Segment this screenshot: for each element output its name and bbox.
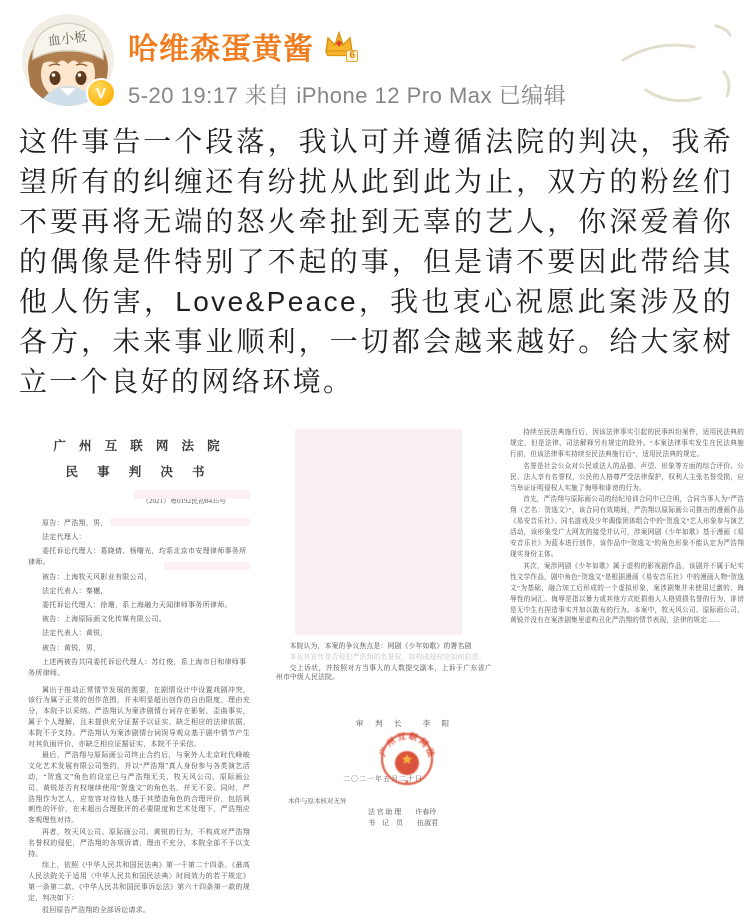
post-meta-text: 5-20 19:17 来自 iPhone 12 Pro Max 已编辑 xyxy=(128,83,566,108)
party-section: 原告：严浩翔，男，法定代理人：委托诉讼代理人：葛晓倩、杨曙光，均系北京市安理律师… xyxy=(28,518,250,679)
judgment-paragraph: 再者，牧天风公司、原际画公司、黄锐的行为，不构成对严浩翔名誉权的侵犯，严浩翔的各… xyxy=(28,827,250,859)
judgment-paragraph: 最后，严浩翔与原际画公司终止合约后，与案外人北京时代峰峻文化艺术发展有限公司签约… xyxy=(28,750,250,826)
redaction-bar xyxy=(110,518,250,526)
judgment-paragraph: 首先，严浩翔与原际画公司的经纪培训合同中已注明，合同当事人为“严浩翔（艺名：贺逸… xyxy=(510,495,744,560)
court-name: 广 州 互 联 网 法 院 xyxy=(28,436,250,454)
clerk-signature: 书 记 员 伍淑君 xyxy=(368,818,438,828)
party-line: 法定代表人：黄锐， xyxy=(28,628,250,639)
party-line: 被告：上海原际画文化传媒有限公司。 xyxy=(28,614,250,625)
avatar[interactable]: 血小板 V xyxy=(22,14,114,106)
court-seal: 广州互联网法院 ★ xyxy=(378,730,436,788)
vip-level-badge: 6 xyxy=(346,50,358,62)
judgment-paragraph: 综上，依照《中华人民共和国民法典》第一千第二十四条、《最高人民法院关于适用〈中华… xyxy=(28,860,250,903)
document-type: 民 事 判 决 书 xyxy=(28,462,250,480)
middle-page-text: 本院认为，本案的争议焦点是：网剧《少年如歌》的署名剧 本及其宣传是否侵犯严浩翔的… xyxy=(276,642,492,684)
judgment-scan-page2[interactable]: 本院认为，本案的争议焦点是：网剧《少年如歌》的署名剧 本及其宣传是否侵犯严浩翔的… xyxy=(268,422,498,892)
party-line: 上述两被告共同委托诉讼代理人：苏红俊，系上海市日和律师事务所律师。 xyxy=(28,657,250,679)
post-meta: 5-20 19:17 来自 iPhone 12 Pro Max 已编辑 xyxy=(128,79,566,110)
judgment-paragraph: 驳回原告严浩翔的全部诉讼请求。 xyxy=(28,905,250,916)
judge-signature: 审 判 长 李 阳 xyxy=(356,718,451,729)
faint-corner-marks xyxy=(598,10,748,120)
verified-letter: V xyxy=(96,86,106,101)
verified-badge: V xyxy=(86,78,116,108)
attached-images: 广 州 互 联 网 法 院 民 事 判 决 书 （2021）粤0192民初843… xyxy=(0,422,750,924)
judgment-paragraph: 属出于推动正常情节发展的需要，在剧情设计中设置戏剧冲突，该行为属于正常的创作范围… xyxy=(28,685,250,750)
judge-assistant-signature: 法 官 助 理 许春玲 xyxy=(368,807,436,817)
weibo-post-screenshot: 血小板 V 哈维森蛋黄酱 xyxy=(0,0,750,924)
holding-line: 本院认为，本案的争议焦点是：网剧《少年如歌》的署名剧 xyxy=(276,642,492,652)
judgment-paragraph: 名誉是社会公众对公民或法人的品德、声望、形象等方面的综合评价。公民、法人享有名誉… xyxy=(510,462,744,495)
right-page-text: 持续至民法典施行后，因该法律事实引起的民事纠纷案件，适用民法典的规定，但是法律、… xyxy=(510,428,744,627)
party-line: 委托诉讼代理人：徐珊，系上海融力天闻律师事务所律师。 xyxy=(28,600,250,611)
judgment-scan-page1[interactable]: 广 州 互 联 网 法 院 民 事 判 决 书 （2021）粤0192民初843… xyxy=(14,422,260,922)
redacted-area xyxy=(295,429,462,635)
username[interactable]: 哈维森蛋黄酱 xyxy=(128,24,314,68)
party-line: 法定代理人： xyxy=(28,532,250,543)
judgment-scan-page3[interactable]: 持续至民法典施行后，因该法律事实引起的民事纠纷案件，适用民法典的规定，但是法律、… xyxy=(504,422,748,672)
redaction-bar xyxy=(134,490,250,499)
redaction-bar xyxy=(164,562,250,570)
svg-text:★: ★ xyxy=(405,779,410,786)
party-line: 被告：上海牧天风影业有限公司， xyxy=(28,572,250,583)
copy-verification-note: 本件与原本核对无异 xyxy=(288,796,347,805)
holding-line-faint: 本及其宣传是否侵犯严浩翔的名誉权，如构成侵权应如何担责。 xyxy=(276,653,492,663)
judgment-paragraph: 其次，案涉网剧《少年如歌》属于虚构的影视剧作品，该剧并不属于纪实性文学作品，剧中… xyxy=(510,562,744,627)
post-text: 这件事告一个段落，我认可并遵循法院的判决，我希望所有的纠缠还有纷扰从此到此为止，… xyxy=(19,122,733,402)
vip-crown-icon: 6 xyxy=(322,30,356,62)
party-line: 被告：黄锐，男， xyxy=(28,643,250,654)
party-line: 法定代表人：秦樾， xyxy=(28,586,250,597)
judgment-body: 属出于推动正常情节发展的需要，在剧情设计中设置戏剧冲突，该行为属于正常的创作范围… xyxy=(28,685,250,916)
judgment-paragraph: 持续至民法典施行后，因该法律事实引起的民事纠纷案件，适用民法典的规定，但是法律、… xyxy=(510,428,744,461)
appeal-instructions: 交上诉状，并按照对方当事人的人数提交副本，上诉于广东省广州市中级人民法院。 xyxy=(276,664,492,684)
